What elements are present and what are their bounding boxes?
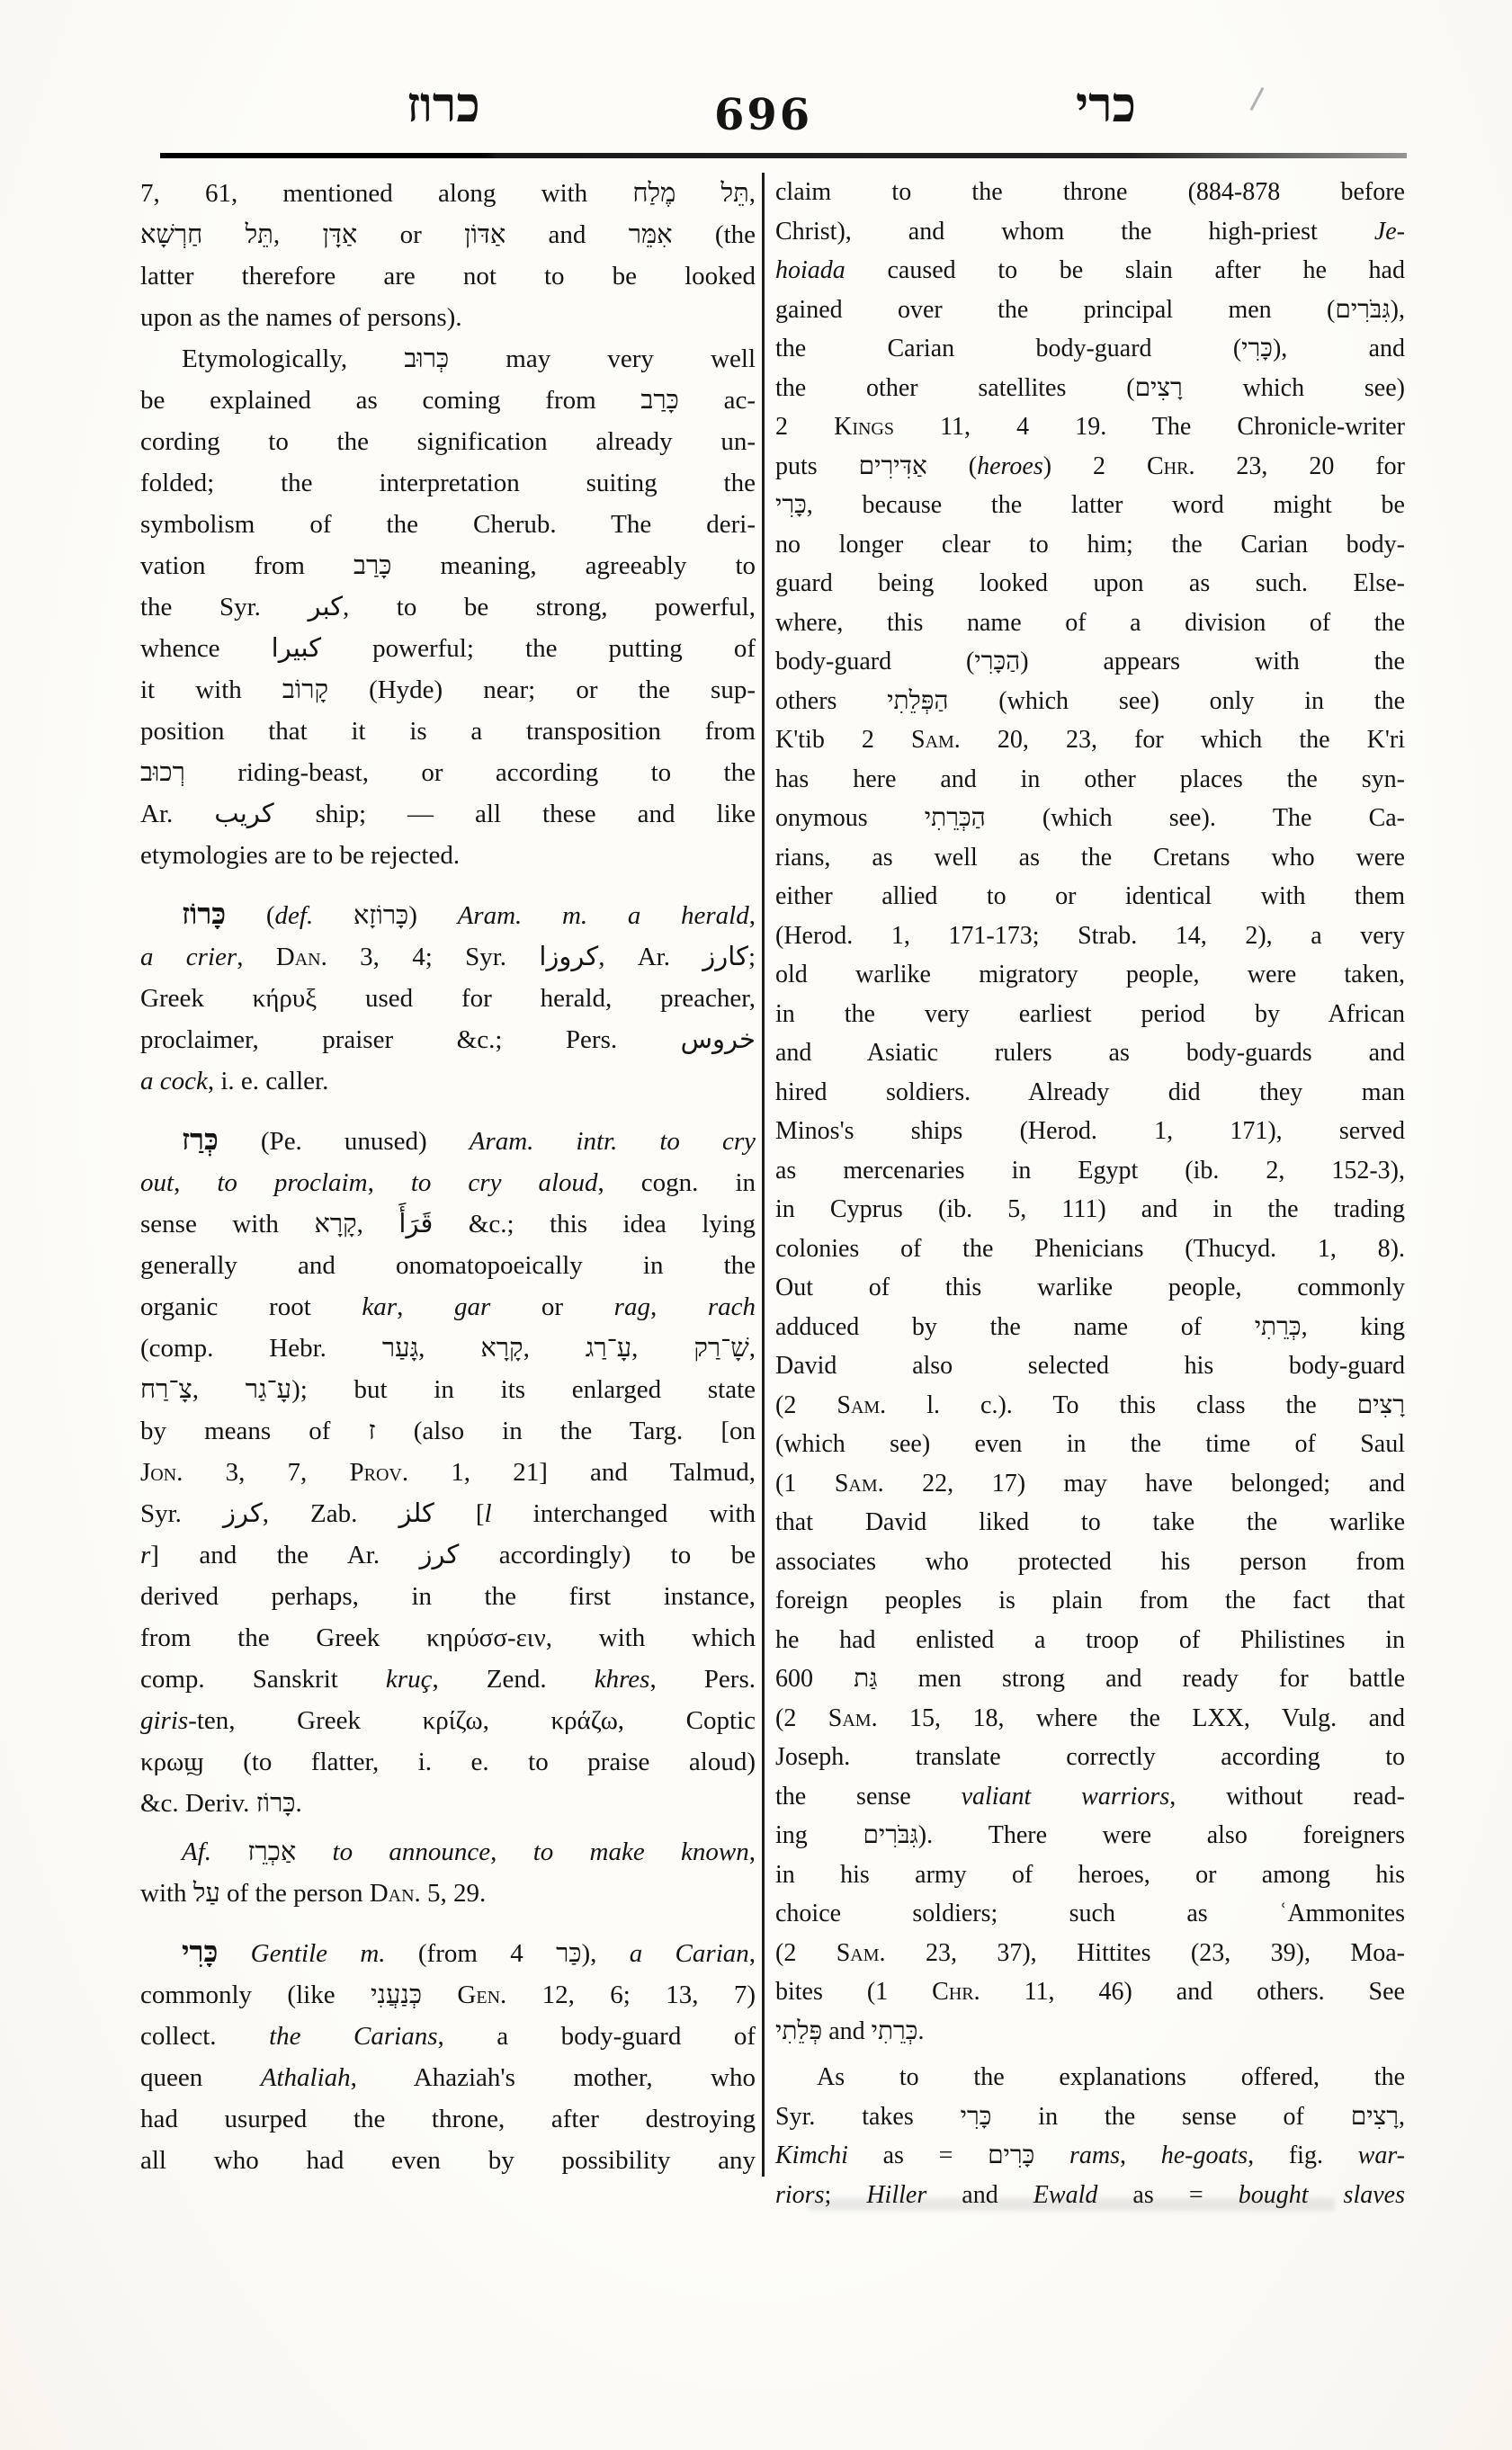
text-line: either allied to or identical with them	[775, 877, 1405, 917]
text-line: from the Greek κηρύσσ-ειν, with which	[140, 1617, 756, 1659]
entry-paragraph: כָּרוֹז (def. כָּרוֹזָא) Aram. m. a hera…	[140, 894, 756, 1102]
text-line: צָ־רַח,‎ עָ־גַר); but in its enlarged st…	[140, 1369, 756, 1410]
text-line: etymologies are to be rejected.	[140, 835, 756, 876]
text-line: adduced by the name of כְּרֵתִי, king	[775, 1308, 1405, 1347]
header-rule	[160, 153, 1407, 158]
left-text-column: 7, 61, mentioned along with תֵּל מֶלַח,ת…	[140, 173, 756, 2181]
text-line: כְּרַז (Pe. unused) Aram. intr. to cry	[140, 1120, 756, 1162]
text-line: (comp. Hebr. גָּעַר,‎ קָרָא,‎ עָ־רַג,‎ ש…	[140, 1328, 756, 1369]
text-line: he had enlisted a troop of Philistines i…	[775, 1621, 1405, 1660]
text-line: תֵּל חַרְשָׁא,‎ אַדָּן or אַדּוֹן and אִ…	[140, 214, 756, 255]
text-line: latter therefore are not to be looked	[140, 255, 756, 297]
text-line: choice soldiers; such as ʿAmmonites	[775, 1894, 1405, 1934]
text-line: the Carian body-guard (כָּרִי), and	[775, 329, 1405, 369]
text-line: that David liked to take the warlike	[775, 1503, 1405, 1542]
text-line: folded; the interpretation suiting the	[140, 462, 756, 504]
text-line: vation from כָּרַב meaning, agreeably to	[140, 545, 756, 586]
text-line: whence كبيرا powerful; the putting of	[140, 628, 756, 669]
paragraph: Etymologically, כְּרוּב may very wellbe …	[140, 338, 756, 876]
text-line: commonly (like כְּנַעֲנִי Gen. 12, 6; 13…	[140, 1974, 756, 2016]
text-line: As to the explanations offered, the	[775, 2058, 1405, 2097]
text-line: guard being looked upon as such. Else-	[775, 564, 1405, 604]
text-line: Etymologically, כְּרוּב may very well	[140, 338, 756, 380]
text-line: (2 Sam. l. c.). To this class the רָצִים	[775, 1386, 1405, 1426]
text-line: 2 Kings 11, 4 19. The Chronicle-writer	[775, 407, 1405, 447]
text-line: out, to proclaim, to cry aloud, cogn. in	[140, 1162, 756, 1203]
text-line: giris-ten, Greek κρίζω, κράζω, Coptic	[140, 1700, 756, 1741]
text-line: be explained as coming from כָּרַב ac-	[140, 380, 756, 421]
text-line: foreign peoples is plain from the fact t…	[775, 1581, 1405, 1621]
text-line: כָּרִי, because the latter word might be	[775, 486, 1405, 525]
text-line: a crier, Dan. 3, 4; Syr. كروزا, Ar. كارز…	[140, 936, 756, 978]
text-line: where, this name of a division of the	[775, 604, 1405, 643]
text-line: Christ), and whom the high-priest Je-	[775, 212, 1405, 252]
text-line: organic root kar, gar or rag, rach	[140, 1286, 756, 1328]
text-line: (Herod. 1, 171-173; Strab. 14, 2), a ver…	[775, 917, 1405, 956]
text-line: in his army of heroes, or among his	[775, 1855, 1405, 1895]
text-line: cording to the signification already un-	[140, 421, 756, 462]
text-line: hoiada caused to be slain after he had	[775, 251, 1405, 291]
page-number: 696	[714, 90, 812, 140]
text-line: old warlike migratory people, were taken…	[775, 955, 1405, 995]
text-line: כָּרִי Gentile m. (from כַּר 4), a Caria…	[140, 1932, 756, 1974]
text-line: Ar. كريب ship; — all these and like	[140, 793, 756, 835]
text-line: &c. Deriv. כָּרוֹז.	[140, 1783, 756, 1824]
text-line: כָּרוֹז (def. כָּרוֹזָא) Aram. m. a hera…	[140, 894, 756, 936]
text-line: upon as the names of persons).	[140, 297, 756, 338]
text-line: generally and onomatopoeically in the	[140, 1245, 756, 1286]
text-line: ing גִּבֹּרִים). There were also foreign…	[775, 1816, 1405, 1855]
text-line: 7, 61, mentioned along with תֵּל מֶלַח,	[140, 173, 756, 214]
paragraph: claim to the throne (884-878 beforeChris…	[775, 173, 1405, 2051]
text-line: and Asiatic rulers as body-guards and	[775, 1033, 1405, 1073]
text-line: derived perhaps, in the first instance,	[140, 1576, 756, 1617]
text-line: Joseph. translate correctly according to	[775, 1738, 1405, 1777]
text-line: rians, as well as the Cretans who were	[775, 838, 1405, 878]
paragraph: As to the explanations offered, theSyr. …	[775, 2058, 1405, 2214]
text-line: others הַפְּלֵתִי (which see) only in th…	[775, 682, 1405, 721]
text-line: had usurped the throne, after destroying	[140, 2098, 756, 2140]
text-line: claim to the throne (884-878 before	[775, 173, 1405, 212]
text-line: hired soldiers. Already did they man	[775, 1073, 1405, 1113]
header-catchword-left: כרוז	[407, 76, 480, 133]
text-line: sense with קָרָא,‎ قَرَأَ &c.; this idea…	[140, 1203, 756, 1245]
text-line: colonies of the Phenicians (Thucyd. 1, 8…	[775, 1229, 1405, 1269]
text-line: as mercenaries in Egypt (ib. 2, 152-3),	[775, 1151, 1405, 1191]
text-line: David also selected his body-guard	[775, 1346, 1405, 1386]
text-line: the Syr. كبر, to be strong, powerful,	[140, 586, 756, 628]
text-line: all who had even by possibility any	[140, 2140, 756, 2181]
text-line: associates who protected his person from	[775, 1542, 1405, 1582]
text-line: onymous הַכְּרֵתִי (which see). The Ca-	[775, 799, 1405, 838]
text-line: (2 Sam. 15, 18, where the LXX, Vulg. and	[775, 1699, 1405, 1739]
paragraph: 7, 61, mentioned along with תֵּל מֶלַח,ת…	[140, 173, 756, 338]
text-line: proclaimer, praiser &c.; Pers. خروس	[140, 1019, 756, 1060]
scan-artifact-slash	[1250, 87, 1265, 111]
paragraph: Af. אַכְרֵז to announce, to make known,w…	[140, 1831, 756, 1914]
text-line: the other satellites (רָצִים which see)	[775, 369, 1405, 408]
entry-paragraph: כְּרַז (Pe. unused) Aram. intr. to cryou…	[140, 1120, 756, 1824]
text-line: no longer clear to him; the Carian body-	[775, 525, 1405, 565]
right-text-column: claim to the throne (884-878 beforeChris…	[775, 173, 1405, 2214]
text-line: queen Athaliah, Ahaziah's mother, who	[140, 2057, 756, 2098]
text-line: κρωϣ (to flatter, i. e. to praise aloud)	[140, 1741, 756, 1783]
text-line: Syr. كرز, Zab. كلز [l interchanged with	[140, 1493, 756, 1534]
text-line: collect. the Carians, a body-guard of	[140, 2016, 756, 2057]
text-line: (1 Sam. 22, 17) may have belonged; and	[775, 1464, 1405, 1504]
text-line: Kimchi as = כָּרִים rams, he-goats, fig.…	[775, 2136, 1405, 2176]
text-line: גַּת 600 men strong and ready for battle	[775, 1659, 1405, 1699]
text-line: position that it is a transposition from	[140, 711, 756, 752]
text-line: Af. אַכְרֵז to announce, to make known,	[140, 1831, 756, 1873]
text-line: by means of ז (also in the Targ. [on	[140, 1410, 756, 1452]
text-line: (which see) even in the time of Saul	[775, 1425, 1405, 1464]
text-line: r] and the Ar. كرز accordingly) to be	[140, 1534, 756, 1576]
text-line: a cock, i. e. caller.	[140, 1060, 756, 1102]
scanned-dictionary-page: כרוז 696 כרי 7, 61, mentioned along with…	[0, 0, 1512, 2450]
text-line: body-guard (הַכָּרִי) appears with the	[775, 642, 1405, 682]
column-divider-rule	[762, 173, 765, 2177]
text-line: in Cyprus (ib. 5, 111) and in the tradin…	[775, 1190, 1405, 1229]
text-line: gained over the principal men (גִּבֹּרִי…	[775, 291, 1405, 330]
text-line: K'tib 2 Sam. 20, 23, for which the K'ri	[775, 720, 1405, 760]
text-line: Jon. 3, 7, Prov. 1, 21] and Talmud,	[140, 1452, 756, 1493]
text-line: has here and in other places the syn-	[775, 760, 1405, 800]
scan-artifact-bleedthrough	[808, 2198, 1335, 2211]
text-line: comp. Sanskrit kruç, Zend. khres, Pers.	[140, 1659, 756, 1700]
text-line: with עַל of the person Dan. 5, 29.	[140, 1873, 756, 1914]
text-line: bites (1 Chr. 11, 46) and others. See	[775, 1972, 1405, 2012]
text-line: (2 Sam. 23, 37), Hittites (23, 39), Moa-	[775, 1934, 1405, 1973]
text-line: Greek κήρυξ used for herald, preacher,	[140, 978, 756, 1019]
text-line: רְכוּב riding-beast, or according to the	[140, 752, 756, 793]
text-line: Minos's ships (Herod. 1, 171), served	[775, 1112, 1405, 1151]
text-line: puts אַדִּירִים (heroes) 2 Chr. 23, 20 f…	[775, 447, 1405, 487]
text-line: in the very earliest period by African	[775, 995, 1405, 1034]
text-line: Syr. takes כָּרִי in the sense of רָצִים…	[775, 2097, 1405, 2137]
text-line: it with קָרוֹב (Hyde) near; or the sup-	[140, 669, 756, 711]
text-line: Out of this warlike people, commonly	[775, 1268, 1405, 1308]
text-line: the sense valiant warriors, without read…	[775, 1777, 1405, 1817]
text-line: פְּלֵתִי and כְּרֵתִי.	[775, 2012, 1405, 2052]
text-line: symbolism of the Cherub. The deri-	[140, 504, 756, 545]
entry-paragraph: כָּרִי Gentile m. (from כַּר 4), a Caria…	[140, 1932, 756, 2181]
header-catchword-right: כרי	[1076, 76, 1136, 133]
